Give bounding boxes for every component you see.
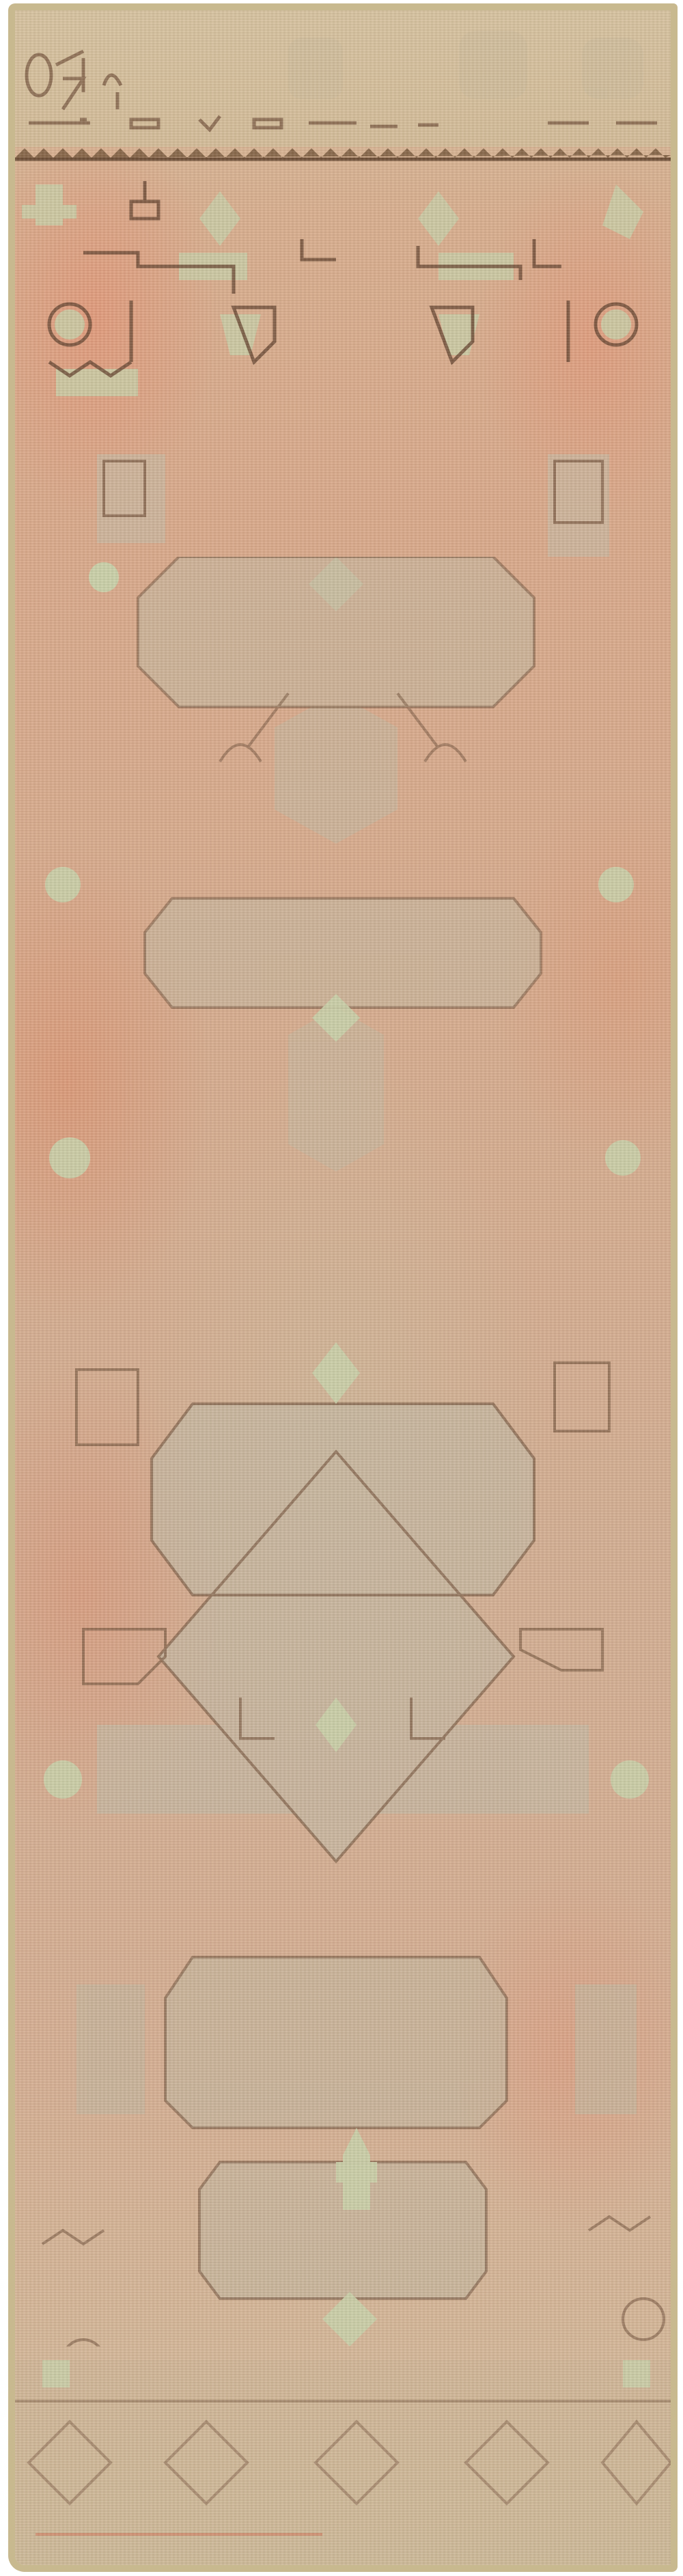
bottom-diamond-motifs-icon	[15, 2360, 671, 2565]
top-zigzag-band-icon	[15, 146, 671, 163]
bottom-end-panel	[15, 2360, 671, 2565]
upper-field-motifs-icon	[15, 164, 671, 451]
central-medallion-stack-icon	[15, 557, 671, 1274]
top-end-panel	[15, 10, 671, 147]
lower-star-medallion-icon	[15, 1342, 671, 1957]
top-glyphs-icon	[15, 10, 671, 147]
lower-medallions-icon	[15, 1937, 671, 2346]
rug	[8, 3, 678, 2572]
